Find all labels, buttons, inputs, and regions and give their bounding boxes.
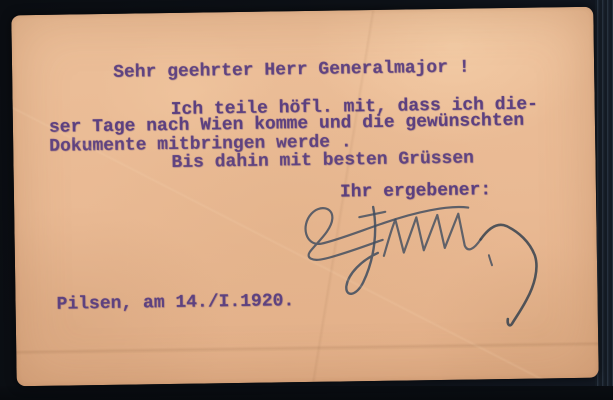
- scan-background: Sehr geehrter Herr Generalmajor ! Ich te…: [0, 0, 613, 400]
- handwritten-signature: [11, 7, 598, 387]
- postcard: Sehr geehrter Herr Generalmajor ! Ich te…: [11, 7, 598, 387]
- scan-shadow: [0, 386, 613, 400]
- dateline: Pilsen, am 14./I.1920.: [56, 291, 294, 315]
